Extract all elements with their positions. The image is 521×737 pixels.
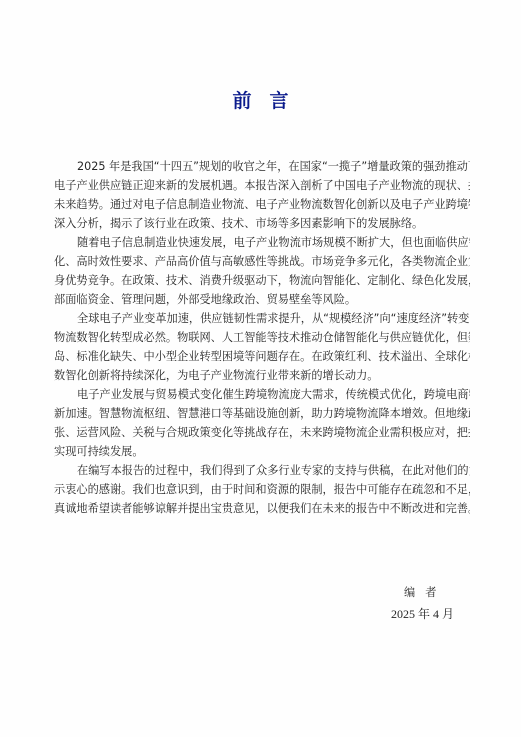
preface-body: 2025 年是我国“十四五”规划的收官之年，在国家“一揽子”增量政策的强劲推动下… xyxy=(54,157,470,518)
text-line: 实现可持续发展。 xyxy=(54,442,470,461)
paragraph-4: 电子产业发展与贸易模式变化催生跨境物流庞大需求，传统模式优化，跨境电商物流创 新… xyxy=(54,385,470,461)
signature-date: 2025 年 4 月 xyxy=(391,605,491,622)
text-line: 全球电子产业变革加速，供应链韧性需求提升，从“规模经济”向“速度经济”转变， xyxy=(54,309,470,328)
text-line: 2025 年是我国“十四五”规划的收官之年，在国家“一揽子”增量政策的强劲推动下… xyxy=(54,157,470,176)
paragraph-5: 在编写本报告的过程中，我们得到了众多行业专家的支持与供稿，在此对他们的贡献表 示… xyxy=(54,461,470,518)
document-page: 前言 2025 年是我国“十四五”规划的收官之年，在国家“一揽子”增量政策的强劲… xyxy=(0,0,521,737)
editor-signature: 编者 xyxy=(404,584,464,600)
text-line: 化、高时效性要求、产品高价值与高敏感性等挑战。市场竞争多元化，各类物流企业凭借自 xyxy=(54,252,470,271)
text-line: 张、运营风险、关税与合规政策变化等挑战存在，未来跨境物流企业需积极应对，把握机遇… xyxy=(54,423,470,442)
paragraph-2: 随着电子信息制造业快速发展，电子产业物流市场规模不断扩大，但也面临供应链全球 化… xyxy=(54,233,470,309)
text-line: 真诚地希望读者能够谅解并提出宝贵意见，以便我们在未来的报告中不断改进和完善。 xyxy=(54,499,470,518)
text-line: 电子产业供应链正迎来新的发展机遇。本报告深入剖析了中国电子产业物流的现状、挑战与 xyxy=(54,176,470,195)
paragraph-1: 2025 年是我国“十四五”规划的收官之年，在国家“一揽子”增量政策的强劲推动下… xyxy=(54,157,470,233)
paragraph-3: 全球电子产业变革加速，供应链韧性需求提升，从“规模经济”向“速度经济”转变， 物… xyxy=(54,309,470,385)
page-title: 前言 xyxy=(0,89,521,113)
text-line: 新加速。智慧物流枢纽、智慧港口等基础设施创新，助力跨境物流降本增效。但地缘政治紧 xyxy=(54,404,470,423)
text-line: 物流数智化转型成必然。物联网、人工智能等技术推动仓储智能化与供应链优化，但数据孤 xyxy=(54,328,470,347)
text-line: 示衷心的感谢。我们也意识到，由于时间和资源的限制，报告中可能存在疏忽和不足，我们 xyxy=(54,480,470,499)
text-line: 电子产业发展与贸易模式变化催生跨境物流庞大需求，传统模式优化，跨境电商物流创 xyxy=(54,385,470,404)
text-line: 在编写本报告的过程中，我们得到了众多行业专家的支持与供稿，在此对他们的贡献表 xyxy=(54,461,470,480)
text-line: 部面临资金、管理问题，外部受地缘政治、贸易壁垒等风险。 xyxy=(54,290,470,309)
text-line: 数智化创新将持续深化，为电子产业物流行业带来新的增长动力。 xyxy=(54,366,470,385)
text-line: 身优势竞争。在政策、技术、消费升级驱动下，物流向智能化、定制化、绿色化发展，但内 xyxy=(54,271,470,290)
text-line: 深入分析，揭示了该行业在政策、技术、市场等多因素影响下的发展脉络。 xyxy=(54,214,470,233)
text-line: 随着电子信息制造业快速发展，电子产业物流市场规模不断扩大，但也面临供应链全球 xyxy=(54,233,470,252)
text-line: 岛、标准化缺失、中小型企业转型困境等问题存在。在政策红利、技术溢出、全球化机遇下… xyxy=(54,347,470,366)
text-line: 未来趋势。通过对电子信息制造业物流、电子产业物流数智化创新以及电子产业跨境物流的 xyxy=(54,195,470,214)
